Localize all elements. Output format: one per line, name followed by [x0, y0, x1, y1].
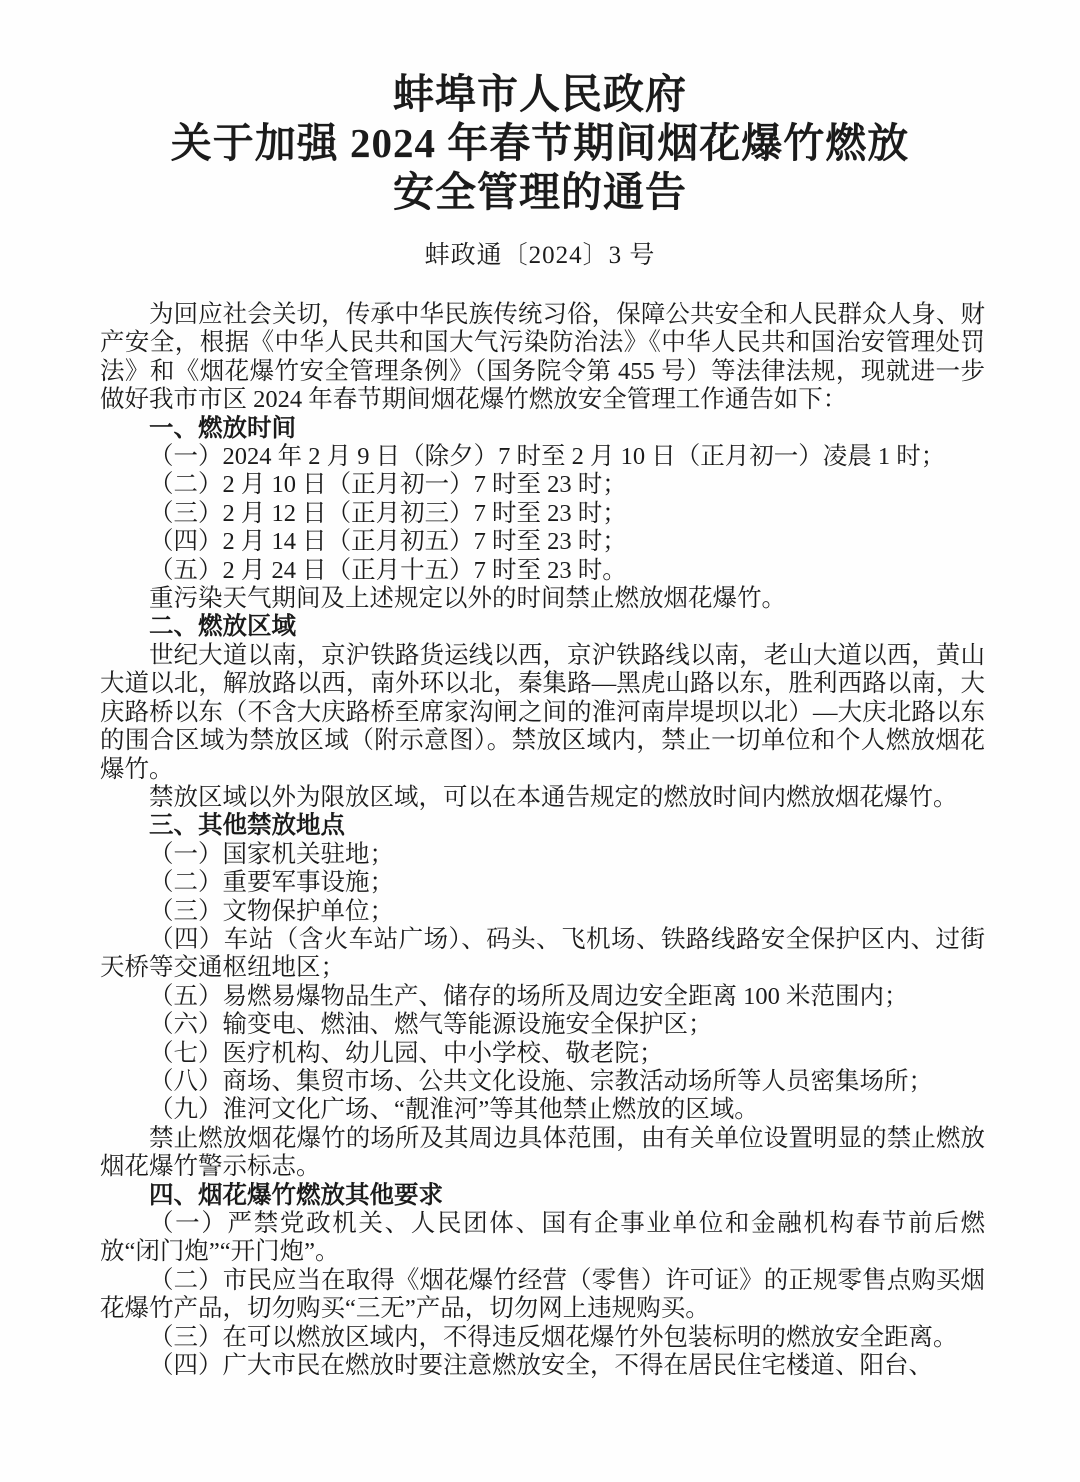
section-2-heading: 二、燃放区域	[100, 613, 985, 641]
section-4-paragraph: （二）市民应当在取得《烟花爆竹经营（零售）许可证》的正规零售点购买烟花爆竹产品，…	[100, 1267, 985, 1324]
section-3-paragraph: （一）国家机关驻地；	[100, 841, 985, 869]
section-2-paragraph: 世纪大道以南，京沪铁路货运线以西，京沪铁路线以南，老山大道以西，黄山大道以北，解…	[100, 642, 985, 784]
notice-page: 蚌埠市人民政府 关于加强 2024 年春节期间烟花爆竹燃放 安全管理的通告 蚌政…	[0, 0, 1080, 1482]
section-4-paragraph: （一）严禁党政机关、人民团体、国有企事业单位和金融机构春节前后燃放“闭门炮”“开…	[100, 1210, 985, 1267]
section-3-paragraph: （五）易燃易爆物品生产、储存的场所及周边安全距离 100 米范围内；	[100, 983, 985, 1011]
section-3-paragraph: （九）淮河文化广场、“靓淮河”等其他禁止燃放的区域。	[100, 1096, 985, 1124]
section-3-paragraph: （六）输变电、燃油、燃气等能源设施安全保护区；	[100, 1011, 985, 1039]
section-3-paragraph: （七）医疗机构、幼儿园、中小学校、敬老院；	[100, 1040, 985, 1068]
section-3-paragraph: （二）重要军事设施；	[100, 869, 985, 897]
section-1-paragraph: （三）2 月 12 日（正月初三）7 时至 23 时；	[100, 500, 985, 528]
notice-title-line-1: 蚌埠市人民政府	[0, 70, 1080, 119]
section-3-paragraph: （四）车站（含火车站广场）、码头、飞机场、铁路线路安全保护区内、过街天桥等交通枢…	[100, 926, 985, 983]
notice-title: 蚌埠市人民政府 关于加强 2024 年春节期间烟花爆竹燃放 安全管理的通告	[0, 0, 1080, 217]
section-1-paragraph: （五）2 月 24 日（正月十五）7 时至 23 时。	[100, 557, 985, 585]
section-1-heading: 一、燃放时间	[100, 415, 985, 443]
section-1-paragraph: 重污染天气期间及上述规定以外的时间禁止燃放烟花爆竹。	[100, 585, 985, 613]
section-4-paragraph: （三）在可以燃放区域内，不得违反烟花爆竹外包装标明的燃放安全距离。	[100, 1324, 985, 1352]
section-4-heading: 四、烟花爆竹燃放其他要求	[100, 1182, 985, 1210]
section-4-paragraph: （四）广大市民在燃放时要注意燃放安全，不得在居民住宅楼道、阳台、	[100, 1352, 985, 1380]
section-1-paragraph: （一）2024 年 2 月 9 日（除夕）7 时至 2 月 10 日（正月初一）…	[100, 443, 985, 471]
notice-title-line-2: 关于加强 2024 年春节期间烟花爆竹燃放	[0, 119, 1080, 168]
section-3-paragraph: （三）文物保护单位；	[100, 898, 985, 926]
notice-title-line-3: 安全管理的通告	[0, 168, 1080, 217]
section-1-paragraph: （二）2 月 10 日（正月初一）7 时至 23 时；	[100, 471, 985, 499]
intro-paragraph: 为回应社会关切，传承中华民族传统习俗，保障公共安全和人民群众人身、财产安全，根据…	[100, 301, 985, 415]
doc-number: 蚌政通〔2024〕3 号	[0, 241, 1080, 271]
section-3-heading: 三、其他禁放地点	[100, 812, 985, 840]
section-3-paragraph: 禁止燃放烟花爆竹的场所及其周边具体范围，由有关单位设置明显的禁止燃放烟花爆竹警示…	[100, 1125, 985, 1182]
notice-body: 为回应社会关切，传承中华民族传统习俗，保障公共安全和人民群众人身、财产安全，根据…	[100, 301, 985, 1380]
section-3-paragraph: （八）商场、集贸市场、公共文化设施、宗教活动场所等人员密集场所；	[100, 1068, 985, 1096]
section-1-paragraph: （四）2 月 14 日（正月初五）7 时至 23 时；	[100, 528, 985, 556]
section-2-paragraph: 禁放区域以外为限放区域，可以在本通告规定的燃放时间内燃放烟花爆竹。	[100, 784, 985, 812]
